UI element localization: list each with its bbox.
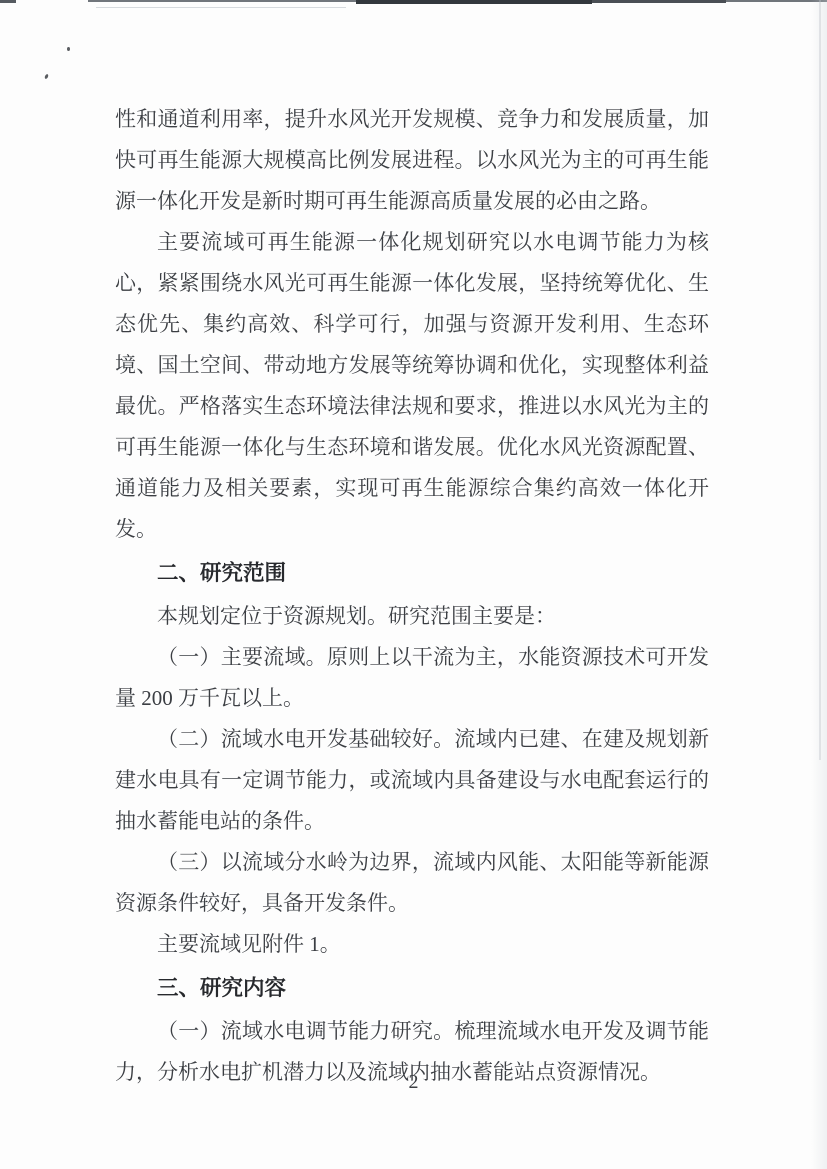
document-body: 性和通道利用率，提升水风光开发规模、竞争力和发展质量，加快可再生能源大规模高比例… (115, 99, 709, 1093)
document-page: 性和通道利用率，提升水风光开发规模、竞争力和发展质量，加快可再生能源大规模高比例… (0, 0, 827, 1169)
scan-artifact-top-edge (0, 0, 827, 10)
scan-speck (67, 47, 70, 51)
paragraph: （三）以流域分水岭为边界，流域内风能、太阳能等新能源资源条件较好，具备开发条件。 (115, 842, 709, 924)
paragraph: 主要流域可再生能源一体化规划研究以水电调节能力为核心，紧紧围绕水风光可再生能源一… (115, 222, 709, 550)
scan-edge-segment (592, 0, 726, 3)
scan-edge-segment (96, 7, 346, 8)
paragraph: （二）流域水电开发基础较好。流域内已建、在建及规划新建水电具有一定调节能力，或流… (115, 719, 709, 842)
scan-edge-segment (0, 0, 16, 3)
section-heading-3: 三、研究内容 (115, 968, 709, 1009)
scan-edge-segment (356, 0, 592, 4)
paragraph: （一）主要流域。原则上以干流为主，水能资源技术可开发量 200 万千瓦以上。 (115, 637, 709, 719)
paragraph-continued: 性和通道利用率，提升水风光开发规模、竞争力和发展质量，加快可再生能源大规模高比例… (115, 99, 709, 222)
section-heading-2: 二、研究范围 (115, 553, 709, 594)
paragraph: 主要流域见附件 1。 (115, 924, 709, 965)
scan-artifact-right-line (819, 0, 821, 760)
page-number: 2 (0, 1068, 827, 1096)
scan-edge-segment (88, 0, 356, 2)
scan-speck (44, 74, 49, 80)
paragraph: 本规划定位于资源规划。研究范围主要是： (115, 596, 709, 637)
